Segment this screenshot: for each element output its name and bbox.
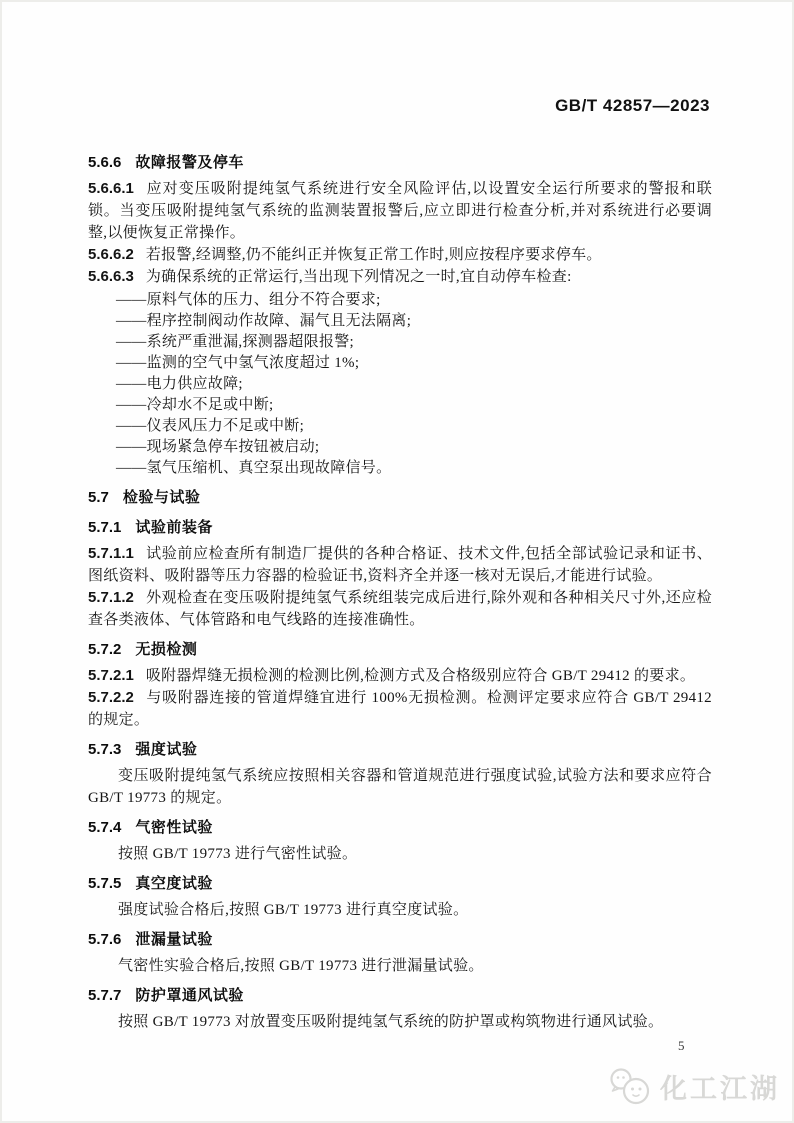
clause-number: 5.6.6.2 [88,246,134,263]
clause-paragraph-5-7-2-2: 5.7.2.2与吸附器连接的管道焊缝宜进行 100%无损检测。检测评定要求应符合… [88,687,712,731]
clause-title: 防护罩通风试验 [135,987,244,1004]
clause-number: 5.7 [88,489,109,506]
watermark-text: 化工江湖 [660,1067,780,1106]
clause-number: 5.6.6.3 [88,268,134,285]
clause-number: 5.7.1.2 [88,589,134,606]
clause-number: 5.6.6 [88,154,121,171]
clause-number: 5.7.5 [88,875,121,892]
clause-heading-5-7-5: 5.7.5真空度试验 [88,873,712,895]
clause-title: 故障报警及停车 [135,154,244,171]
watermark-logo-icon [607,1066,653,1106]
list-item: ——系统严重泄漏,探测器超限报警; [88,332,712,353]
list-item: ——程序控制阀动作故障、漏气且无法隔离; [88,311,712,332]
clause-paragraph-5-7-6: 气密性实验合格后,按照 GB/T 19773 进行泄漏量试验。 [88,955,712,977]
clause-number: 5.6.6.1 [88,180,134,197]
clause-paragraph-5-6-6-3: 5.6.6.3为确保系统的正常运行,当出现下列情况之一时,宜自动停车检查: [88,266,712,288]
clause-paragraph-5-7-5: 强度试验合格后,按照 GB/T 19773 进行真空度试验。 [88,899,712,921]
clause-text: 试验前应检查所有制造厂提供的各种合格证、技术文件,包括全部试验记录和证书、图纸资… [88,546,712,584]
clause-number: 5.7.2.2 [88,689,134,706]
document-body: 5.6.6故障报警及停车 5.6.6.1应对变压吸附提纯氢气系统进行安全风险评估… [88,144,712,1035]
clause-paragraph-5-6-6-2: 5.6.6.2若报警,经调整,仍不能纠正并恢复正常工作时,则应按程序要求停车。 [88,244,712,266]
clause-title: 试验前装备 [135,519,213,536]
list-item: ——监测的空气中氢气浓度超过 1%; [88,353,712,374]
clause-title: 气密性试验 [135,819,213,836]
clause-heading-5-7-4: 5.7.4气密性试验 [88,817,712,839]
clause-text: 若报警,经调整,仍不能纠正并恢复正常工作时,则应按程序要求停车。 [146,247,602,263]
clause-title: 强度试验 [135,741,197,758]
clause-paragraph-5-6-6-1: 5.6.6.1应对变压吸附提纯氢气系统进行安全风险评估,以设置安全运行所要求的警… [88,178,712,244]
list-item: ——现场紧急停车按钮被启动; [88,437,712,458]
clause-number: 5.7.6 [88,931,121,948]
clause-paragraph-5-7-1-2: 5.7.1.2外观检查在变压吸附提纯氢气系统组装完成后进行,除外观和各种相关尺寸… [88,587,712,631]
clause-number: 5.7.2 [88,641,121,658]
clause-heading-5-7: 5.7检验与试验 [88,487,712,509]
clause-paragraph-5-7-4: 按照 GB/T 19773 进行气密性试验。 [88,843,712,865]
clause-text: 为确保系统的正常运行,当出现下列情况之一时,宜自动停车检查: [146,269,572,285]
clause-text: 外观检查在变压吸附提纯氢气系统组装完成后进行,除外观和各种相关尺寸外,还应检查各… [88,590,712,628]
clause-heading-5-7-6: 5.7.6泄漏量试验 [88,929,712,951]
list-item: ——原料气体的压力、组分不符合要求; [88,290,712,311]
page-number: 5 [678,1038,685,1054]
list-item: ——冷却水不足或中断; [88,395,712,416]
clause-text: 应对变压吸附提纯氢气系统进行安全风险评估,以设置安全运行所要求的警报和联锁。当变… [88,181,712,241]
clause-heading-5-7-1: 5.7.1试验前装备 [88,517,712,539]
clause-title: 泄漏量试验 [135,931,213,948]
document-page: GB/T 42857—2023 5.6.6故障报警及停车 5.6.6.1应对变压… [0,0,794,1123]
clause-heading-5-7-3: 5.7.3强度试验 [88,739,712,761]
clause-paragraph-5-7-3: 变压吸附提纯氢气系统应按照相关容器和管道规范进行强度试验,试验方法和要求应符合 … [88,765,712,809]
clause-heading-5-7-2: 5.7.2无损检测 [88,639,712,661]
clause-title: 检验与试验 [123,489,201,506]
clause-number: 5.7.1.1 [88,545,134,562]
clause-number: 5.7.2.1 [88,667,134,684]
clause-paragraph-5-7-1-1: 5.7.1.1试验前应检查所有制造厂提供的各种合格证、技术文件,包括全部试验记录… [88,543,712,587]
clause-number: 5.7.1 [88,519,121,536]
clause-heading-5-6-6: 5.6.6故障报警及停车 [88,152,712,174]
clause-heading-5-7-7: 5.7.7防护罩通风试验 [88,985,712,1007]
list-item: ——电力供应故障; [88,374,712,395]
watermark: 化工江湖 [607,1066,780,1106]
standard-code-header: GB/T 42857—2023 [555,96,710,116]
clause-title: 无损检测 [135,641,197,658]
clause-text: 与吸附器连接的管道焊缝宜进行 100%无损检测。检测评定要求应符合 GB/T 2… [88,690,712,728]
clause-number: 5.7.4 [88,819,121,836]
shutdown-condition-list: ——原料气体的压力、组分不符合要求; ——程序控制阀动作故障、漏气且无法隔离; … [88,290,712,479]
list-item: ——氢气压缩机、真空泵出现故障信号。 [88,458,712,479]
list-item: ——仪表风压力不足或中断; [88,416,712,437]
clause-number: 5.7.3 [88,741,121,758]
clause-paragraph-5-7-2-1: 5.7.2.1吸附器焊缝无损检测的检测比例,检测方式及合格级别应符合 GB/T … [88,665,712,687]
clause-text: 吸附器焊缝无损检测的检测比例,检测方式及合格级别应符合 GB/T 29412 的… [146,668,695,684]
clause-number: 5.7.7 [88,987,121,1004]
clause-paragraph-5-7-7: 按照 GB/T 19773 对放置变压吸附提纯氢气系统的防护罩或构筑物进行通风试… [88,1011,712,1033]
clause-title: 真空度试验 [135,875,213,892]
